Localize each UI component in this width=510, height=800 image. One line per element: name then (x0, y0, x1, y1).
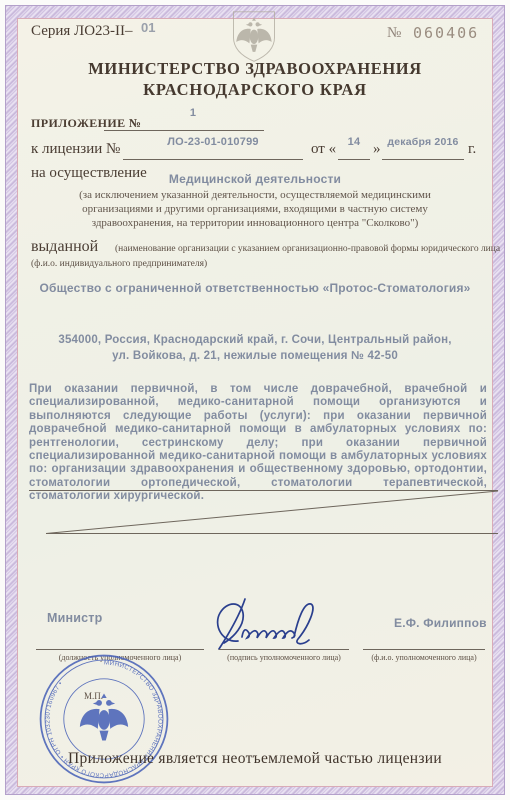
license-number-line (123, 159, 303, 160)
license-date-ot: от « (311, 141, 336, 158)
sig-label-name: (ф.и.о. уполномоченного лица) (359, 653, 489, 662)
license-prefix: к лицензии № (31, 141, 120, 158)
issued-note-line2: (ф.и.о. индивидуального предпринимателя) (31, 259, 207, 269)
license-date-closequote: » (373, 141, 381, 158)
series-value: ЛО23-II– (74, 23, 133, 39)
works-paragraph: При оказании первичной, в том числе довр… (29, 383, 487, 504)
paper-sheet: Серия ЛО23-II– 01 № 060406 МИНИСТЕРСТВО … (17, 18, 493, 787)
license-monthyear-value: декабря 2016 (382, 136, 464, 148)
signer-name: Е.Ф. Филиппов (394, 616, 487, 630)
document-number-label: № (387, 25, 401, 42)
activity-note-line3: здравоохранения, на территории инновацио… (18, 217, 492, 229)
license-day-value: 14 (338, 136, 370, 148)
address-line2: ул. Войкова, д. 21, нежилые помещения № … (18, 350, 492, 362)
license-monthyear-line (382, 159, 464, 160)
appendix-number-line (104, 130, 264, 131)
document-number-value: 060406 (413, 24, 479, 42)
handwritten-signature (204, 591, 356, 657)
crossout-lines (42, 487, 504, 539)
footer-note: Приложение является неотъемлемой частью … (18, 750, 492, 768)
license-day-line (338, 159, 370, 160)
issued-note-line1: (наименование организации с указанием ор… (115, 244, 500, 254)
ministry-title-line1: МИНИСТЕРСТВО ЗДРАВООХРАНЕНИЯ (18, 59, 492, 79)
license-year-suffix: г. (468, 141, 476, 158)
activity-value: Медицинской деятельности (18, 172, 492, 186)
ministry-title-line2: КРАСНОДАРСКОГО КРАЯ (18, 80, 492, 100)
license-number-value: ЛО-23-01-010799 (123, 136, 303, 148)
stamp-eagle-icon (80, 694, 128, 741)
position-line (36, 649, 204, 650)
issued-label: выданной (31, 238, 98, 256)
signature-line (219, 649, 349, 650)
activity-note-line2: организациями и другими организациями, в… (18, 203, 492, 215)
series-handwritten-value: 01 (141, 20, 155, 35)
license-appendix-document: Серия ЛО23-II– 01 № 060406 МИНИСТЕРСТВО … (0, 0, 510, 800)
activity-note-line1: (за исключением указанной деятельности, … (18, 189, 492, 201)
russia-coat-of-arms-icon (225, 9, 283, 65)
sig-label-signature: (подпись уполномоченного лица) (215, 653, 353, 662)
name-line (363, 649, 485, 650)
series-row: Серия ЛО23-II– (31, 23, 133, 40)
signer-title: Министр (47, 611, 102, 625)
address-line1: 354000, Россия, Краснодарский край, г. С… (18, 334, 492, 346)
series-label: Серия (31, 23, 70, 39)
appendix-number-value: 1 (118, 107, 268, 119)
organization-name: Общество с ограниченной ответственностью… (18, 281, 492, 295)
